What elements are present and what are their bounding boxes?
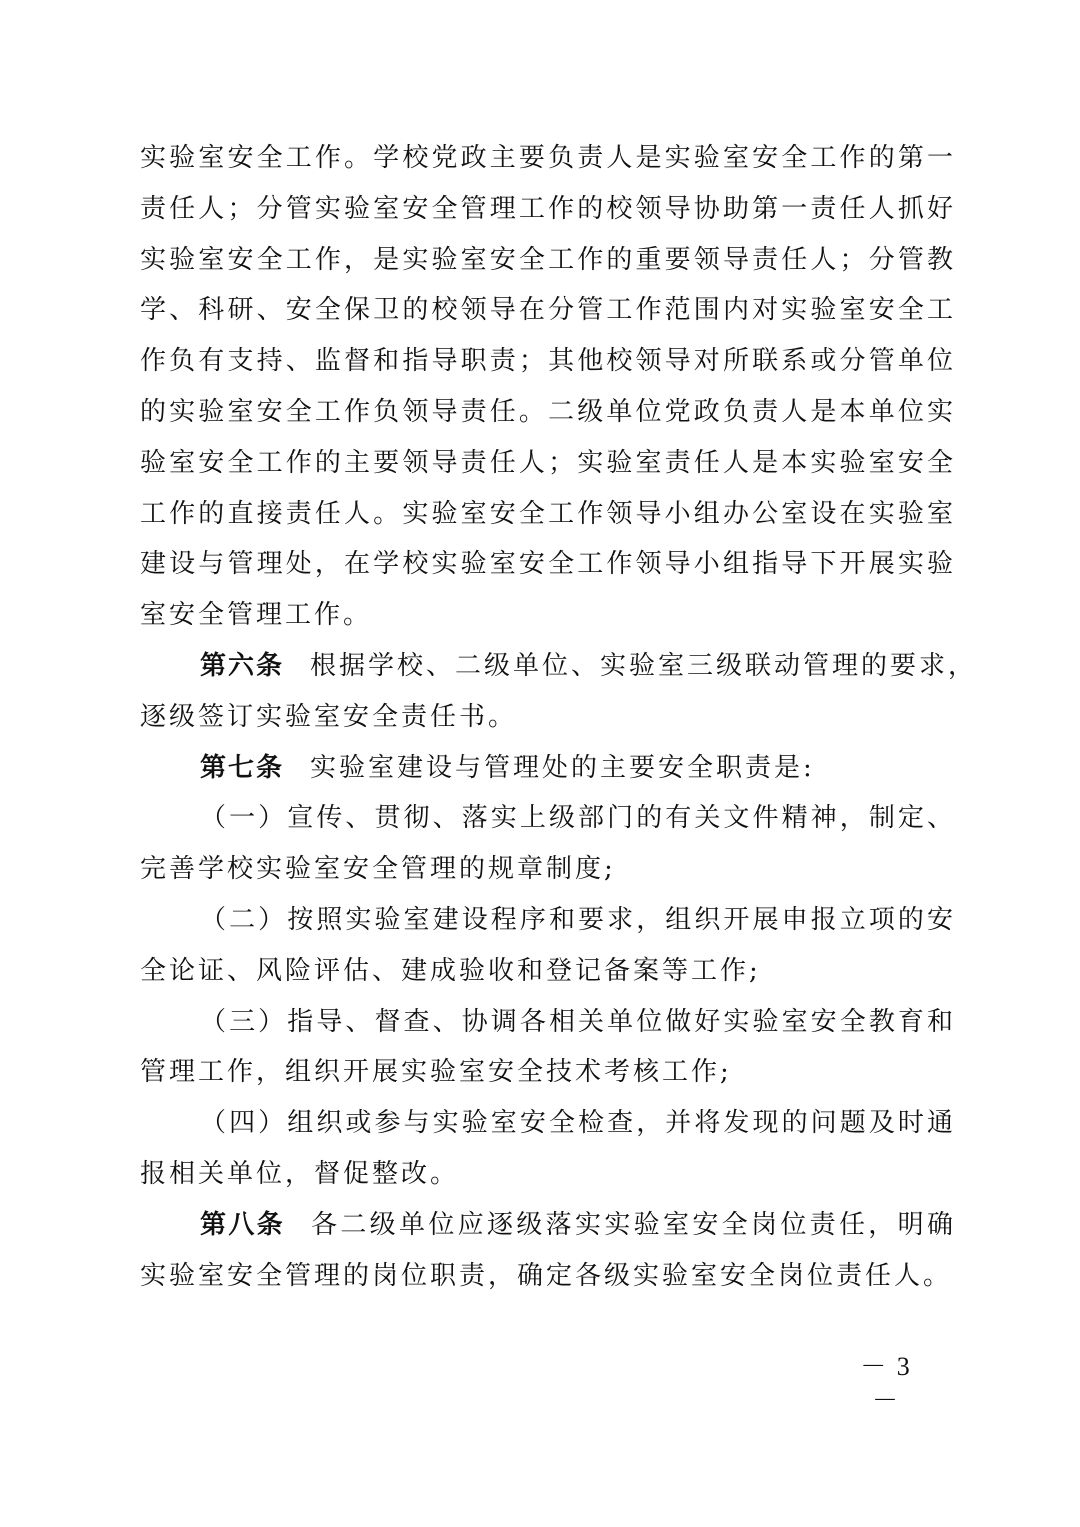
paragraph-line: 责任人；分管实验室安全管理工作的校领导协助第一责任人抓好 <box>140 184 956 235</box>
paragraph-line: 学、科研、安全保卫的校领导在分管工作范围内对实验室安全工 <box>140 285 956 336</box>
article-7-item-3-line: 管理工作，组织开展实验室安全技术考核工作; <box>140 1047 956 1098</box>
document-page: 实验室安全工作。学校党政主要负责人是实验室安全工作的第一 责任人；分管实验室安全… <box>0 0 1080 1527</box>
article-8-line: 第八条各二级单位应逐级落实实验室安全岗位责任，明确 <box>140 1200 956 1251</box>
article-6-text: 根据学校、二级单位、实验室三级联动管理的要求， <box>310 651 977 681</box>
page-number: － 3 － <box>850 1350 922 1418</box>
paragraph-line: 的实验室安全工作负领导责任。二级单位党政负责人是本单位实 <box>140 387 956 438</box>
article-7-item-1-line: 完善学校实验室安全管理的规章制度; <box>140 844 956 895</box>
article-7-item-3-line: （三）指导、督查、协调各相关单位做好实验室安全教育和 <box>140 997 956 1048</box>
article-6-number: 第六条 <box>200 651 284 681</box>
article-7-item-1-line: （一）宣传、贯彻、落实上级部门的有关文件精神，制定、 <box>140 793 956 844</box>
document-body: 实验室安全工作。学校党政主要负责人是实验室安全工作的第一 责任人；分管实验室安全… <box>140 133 956 1301</box>
article-8-number: 第八条 <box>200 1210 285 1240</box>
article-7-line: 第七条实验室建设与管理处的主要安全职责是: <box>140 743 956 794</box>
paragraph-line: 验室安全工作的主要领导责任人；实验室责任人是本实验室安全 <box>140 438 956 489</box>
paragraph-line: 实验室安全工作，是实验室安全工作的重要领导责任人；分管教 <box>140 235 956 286</box>
article-6-line: 第六条根据学校、二级单位、实验室三级联动管理的要求， <box>140 641 956 692</box>
paragraph-line: 室安全管理工作。 <box>140 590 956 641</box>
article-8-line: 实验室安全管理的岗位职责，确定各级实验室安全岗位责任人。 <box>140 1251 956 1302</box>
article-7-item-4-line: （四）组织或参与实验室安全检查，并将发现的问题及时通 <box>140 1098 956 1149</box>
paragraph-line: 实验室安全工作。学校党政主要负责人是实验室安全工作的第一 <box>140 133 956 184</box>
article-7-item-2-line: 全论证、风险评估、建成验收和登记备案等工作; <box>140 946 956 997</box>
article-7-item-4-line: 报相关单位，督促整改。 <box>140 1149 956 1200</box>
paragraph-line: 建设与管理处，在学校实验室安全工作领导小组指导下开展实验 <box>140 539 956 590</box>
paragraph-line: 工作的直接责任人。实验室安全工作领导小组办公室设在实验室 <box>140 489 956 540</box>
article-6-line: 逐级签订实验室安全责任书。 <box>140 692 956 743</box>
paragraph-line: 作负有支持、监督和指导职责；其他校领导对所联系或分管单位 <box>140 336 956 387</box>
article-7-number: 第七条 <box>200 753 284 783</box>
article-8-text: 各二级单位应逐级落实实验室安全岗位责任，明确 <box>311 1210 956 1240</box>
article-7-text: 实验室建设与管理处的主要安全职责是: <box>310 753 815 783</box>
article-7-item-2-line: （二）按照实验室建设程序和要求，组织开展申报立项的安 <box>140 895 956 946</box>
